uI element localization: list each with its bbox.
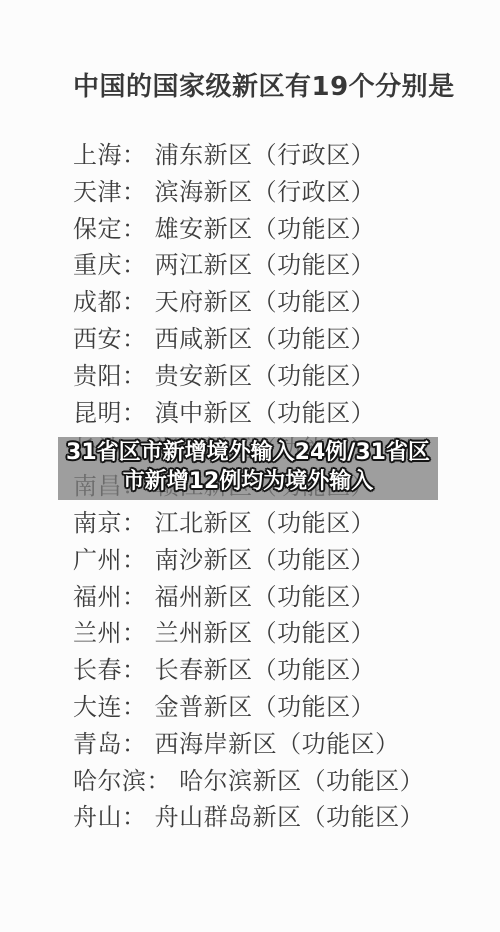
list-item-tianjin: 天津： 滨海新区（行政区） xyxy=(73,174,424,211)
list-item-nanjing: 南京： 江北新区（功能区） xyxy=(73,505,424,542)
list-item-qingdao: 青岛： 西海岸新区（功能区） xyxy=(73,726,424,763)
list-item-kunming: 昆明： 滇中新区（功能区） xyxy=(73,395,424,432)
list-item-dalian: 大连： 金普新区（功能区） xyxy=(73,689,424,726)
list-item-xian: 西安： 西咸新区（功能区） xyxy=(73,321,424,358)
page-title: 中国的国家级新区有19个分别是 xyxy=(73,66,455,103)
list-item-changchun: 长春： 长春新区（功能区） xyxy=(73,652,424,689)
list-item-baoding: 保定： 雄安新区（功能区） xyxy=(73,211,424,248)
list-item-zhoushan: 舟山： 舟山群岛新区（功能区） xyxy=(73,799,424,836)
news-caption-overlay: 31省区市新增境外输入24例/31省区 市新增12例均为境外输入 xyxy=(58,437,438,500)
list-item-chengdu: 成都： 天府新区（功能区） xyxy=(73,284,424,321)
list-item-guiyang: 贵阳： 贵安新区（功能区） xyxy=(73,358,424,395)
news-caption-line1: 31省区市新增境外输入24例/31省区 xyxy=(66,438,430,467)
news-caption-line2: 市新增12例均为境外输入 xyxy=(123,467,374,496)
list-item-guangzhou: 广州： 南沙新区（功能区） xyxy=(73,542,424,579)
video-frame: 中国的国家级新区有19个分别是 上海： 浦东新区（行政区） 天津： 滨海新区（行… xyxy=(0,0,500,932)
list-item-chongqing: 重庆： 两江新区（功能区） xyxy=(73,247,424,284)
list-item-harbin: 哈尔滨： 哈尔滨新区（功能区） xyxy=(73,763,424,800)
list-item-lanzhou: 兰州： 兰州新区（功能区） xyxy=(73,615,424,652)
list-item-fuzhou: 福州： 福州新区（功能区） xyxy=(73,579,424,616)
list-item-shanghai: 上海： 浦东新区（行政区） xyxy=(73,137,424,174)
